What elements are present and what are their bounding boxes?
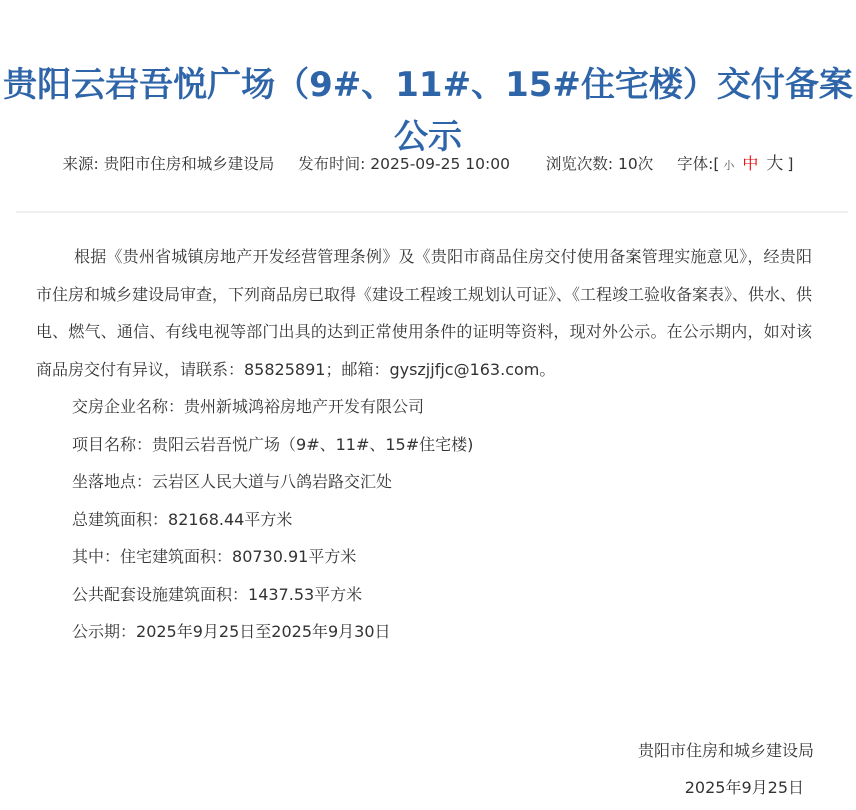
detail-publicity-period: 公示期：2025年9月25日至2025年9月30日: [36, 613, 812, 651]
detail-label: 交房企业名称：: [72, 397, 184, 416]
signature-block: 贵阳市住房和城乡建设局 2025年9月25日: [638, 732, 814, 806]
detail-total-area: 总建筑面积：82168.44平方米: [36, 501, 812, 539]
detail-value: 贵州新城鸿裕房地产开发有限公司: [184, 397, 424, 416]
publish-time-label: 发布时间:: [298, 155, 365, 173]
detail-value: 82168.44平方米: [168, 510, 292, 529]
font-size-large-button[interactable]: 大: [766, 154, 783, 174]
detail-label: 公示期：: [72, 622, 136, 641]
views-count: 10次: [618, 155, 653, 173]
article-body: 根据《贵州省城镇房地产开发经营管理条例》及《贵阳市商品住房交付使用备案管理实施意…: [36, 238, 812, 651]
detail-label: 项目名称：: [72, 435, 152, 454]
detail-residential-area: 其中：住宅建筑面积：80730.91平方米: [36, 538, 812, 576]
page-title: 贵阳云岩吾悦广场（9#、11#、15#住宅楼）交付备案公示: [0, 59, 856, 163]
signature-org: 贵阳市住房和城乡建设局: [638, 732, 814, 769]
detail-label: 公共配套设施建筑面积：: [72, 585, 248, 604]
detail-value: 80730.91平方米: [232, 547, 356, 566]
detail-label: 坐落地点：: [72, 472, 152, 491]
font-size-close-bracket: ]: [787, 155, 793, 173]
header-divider: [16, 211, 848, 213]
source-label: 来源:: [63, 155, 99, 173]
detail-company: 交房企业名称：贵州新城鸿裕房地产开发有限公司: [36, 388, 812, 426]
signature-date: 2025年9月25日: [638, 769, 814, 806]
font-size-medium-button[interactable]: 中: [742, 154, 758, 173]
views-label: 浏览次数:: [546, 155, 613, 173]
detail-value: 贵阳云岩吾悦广场（9#、11#、15#住宅楼): [152, 435, 473, 454]
detail-value: 1437.53平方米: [248, 585, 362, 604]
detail-public-facility-area: 公共配套设施建筑面积：1437.53平方米: [36, 576, 812, 614]
font-size-label: 字体:[: [677, 155, 719, 173]
detail-project: 项目名称：贵阳云岩吾悦广场（9#、11#、15#住宅楼): [36, 426, 812, 464]
publish-time-value: 2025-09-25 10:00: [370, 155, 510, 173]
intro-paragraph: 根据《贵州省城镇房地产开发经营管理条例》及《贵阳市商品住房交付使用备案管理实施意…: [36, 238, 812, 388]
detail-value: 2025年9月25日至2025年9月30日: [136, 622, 391, 641]
detail-location: 坐落地点：云岩区人民大道与八鸽岩路交汇处: [36, 463, 812, 501]
detail-label: 总建筑面积：: [72, 510, 168, 529]
font-size-small-button[interactable]: 小: [723, 159, 734, 172]
source-value: 贵阳市住房和城乡建设局: [104, 155, 275, 173]
article-meta: 来源: 贵阳市住房和城乡建设局 发布时间: 2025-09-25 10:00 浏…: [0, 152, 856, 178]
detail-label: 其中：住宅建筑面积：: [72, 547, 232, 566]
detail-value: 云岩区人民大道与八鸽岩路交汇处: [152, 472, 392, 491]
